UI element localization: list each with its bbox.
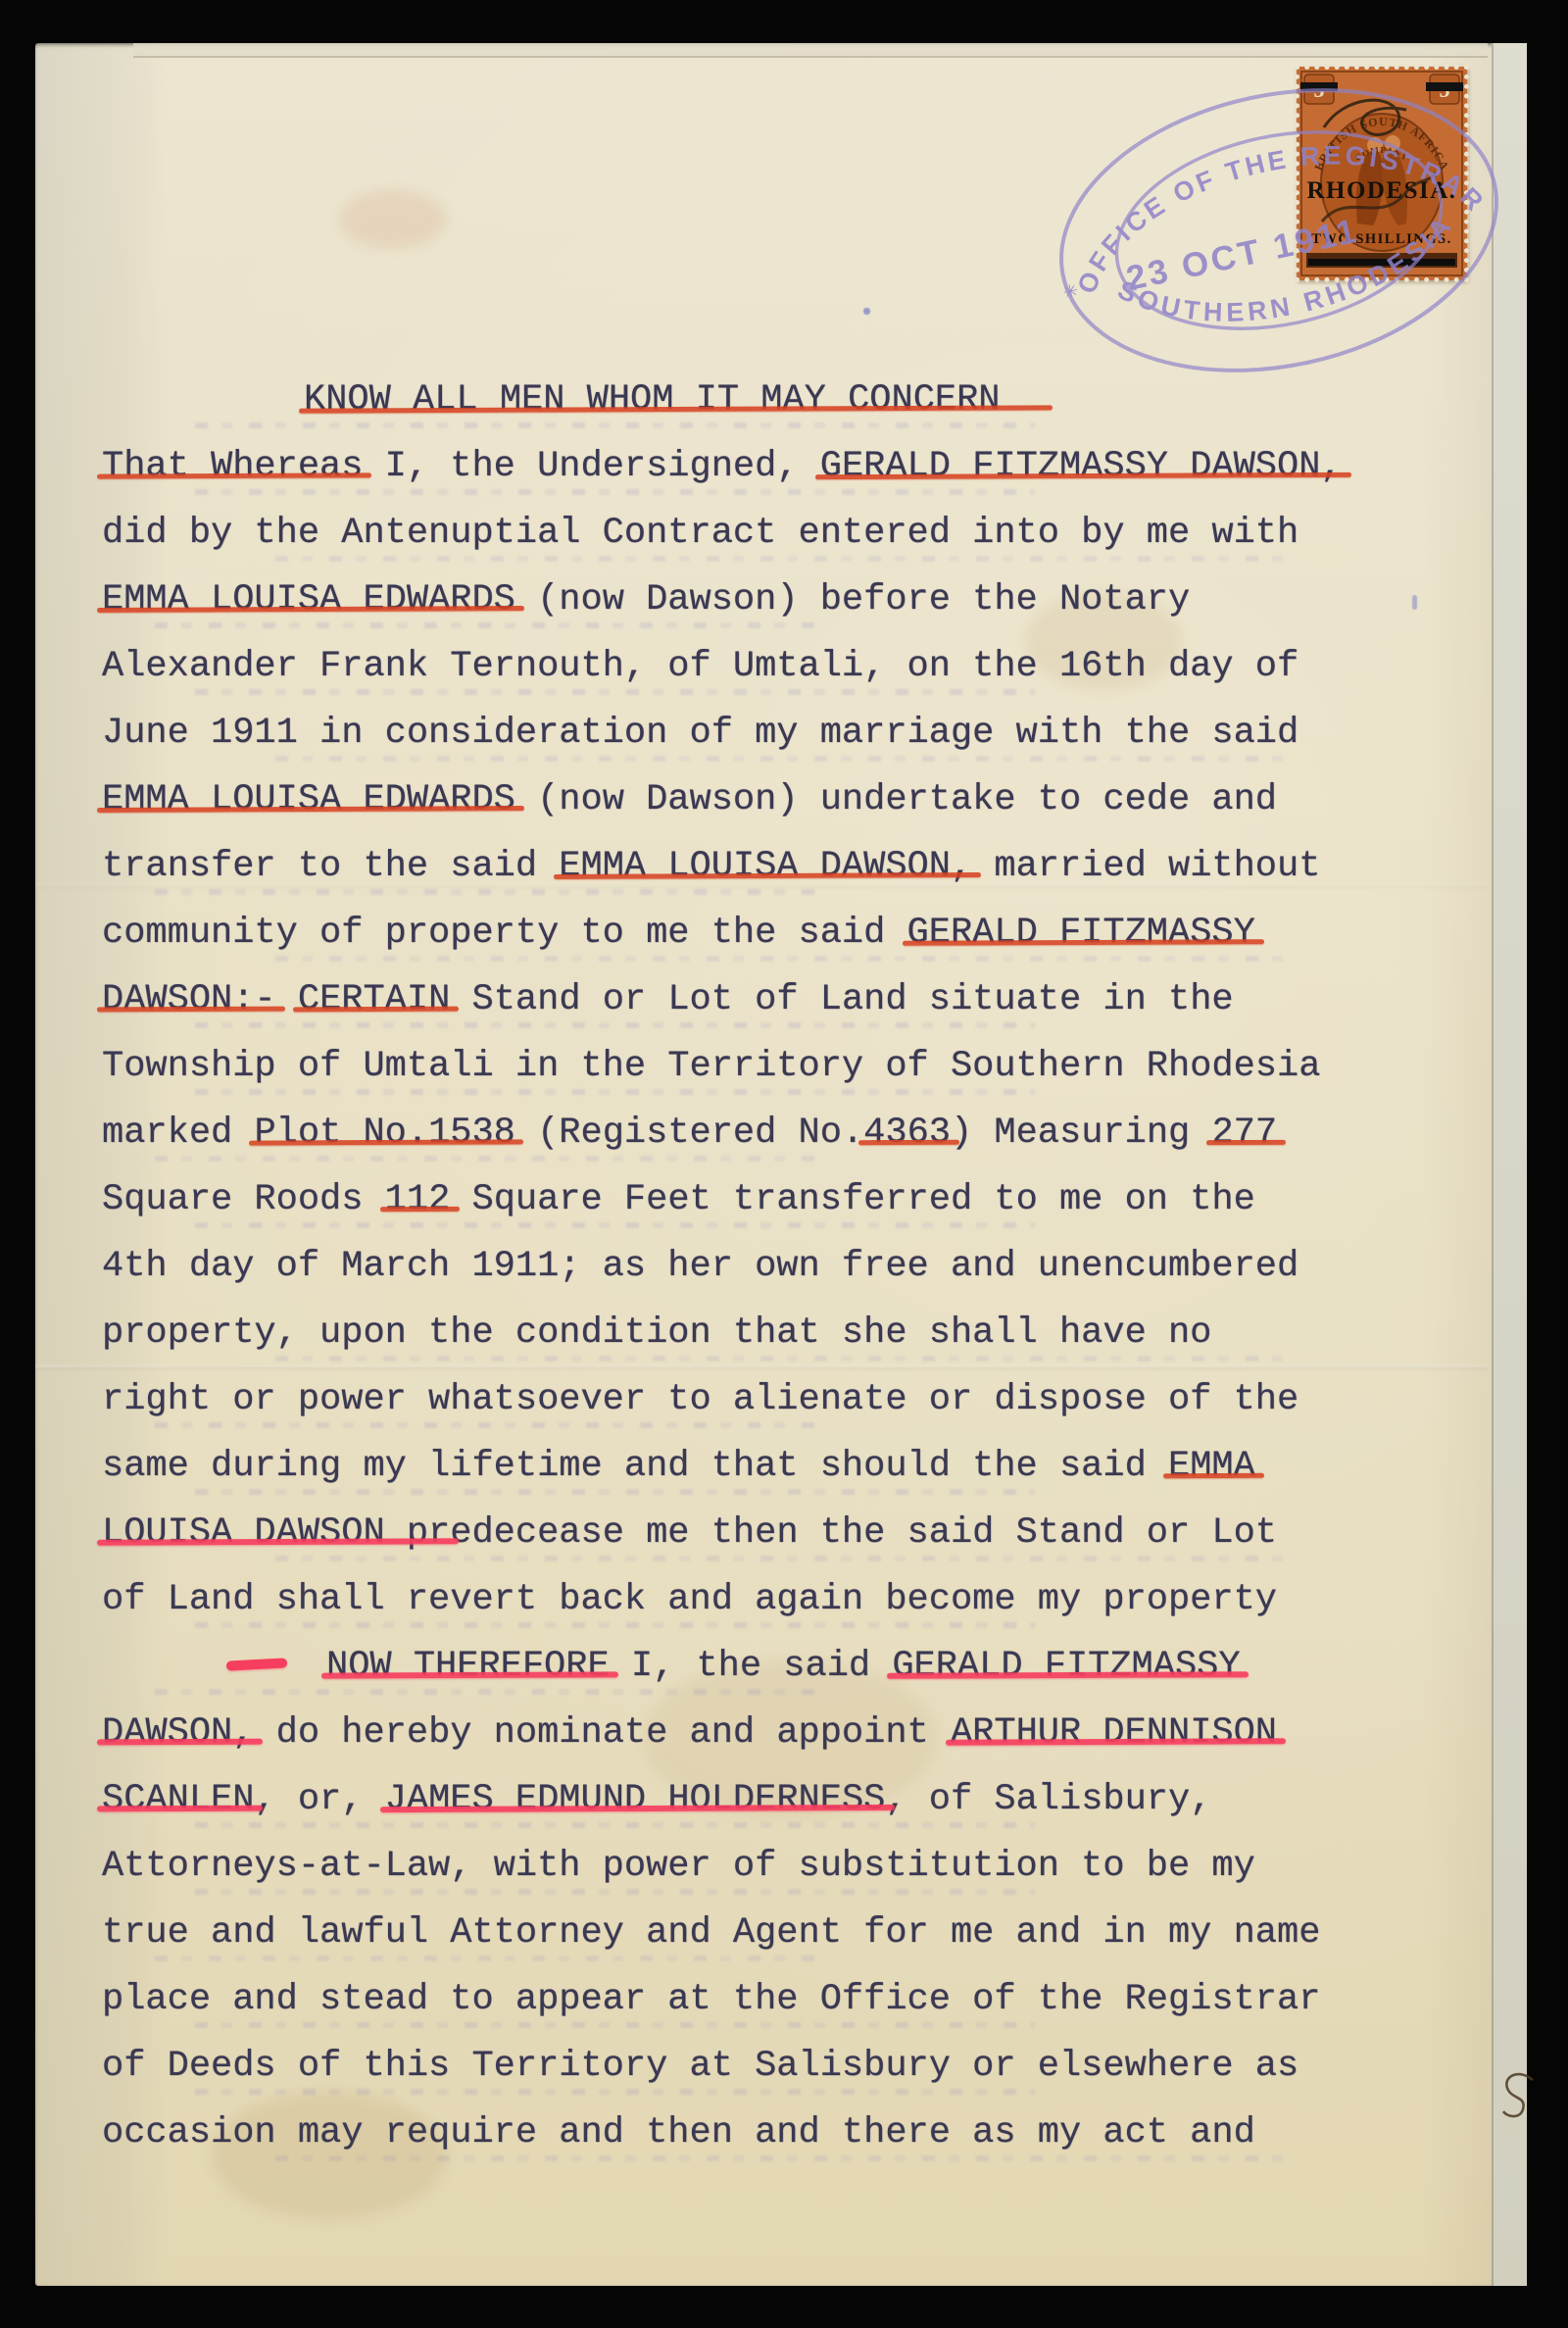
text-segment: transfer to the said	[102, 846, 559, 887]
underlined-text: EMMA LOUISA DAWSON,	[559, 846, 972, 887]
document-line: Attorneys-at-Law, with power of substitu…	[102, 1833, 1435, 1900]
text-segment: (Registered No.	[515, 1113, 863, 1154]
document-line: June 1911 in consideration of my marriag…	[102, 700, 1435, 767]
text-segment: did by the Antenuptial Contract entered …	[102, 513, 1298, 554]
underlined-text: DAWSON,	[102, 1712, 254, 1754]
text-segment: marked	[102, 1113, 254, 1154]
document-line: That Whereas I, the Undersigned, GERALD …	[102, 433, 1435, 500]
text-segment: 4th day of March 1911; as her own free a…	[102, 1246, 1298, 1287]
document-line: Square Roods 112 Square Feet transferred…	[102, 1166, 1435, 1233]
text-segment: married without	[972, 846, 1320, 887]
text-segment: community of property to me the said	[102, 913, 907, 954]
document-line: LOUISA DAWSON predecease me then the sai…	[102, 1500, 1435, 1566]
document-line: same during my lifetime and that should …	[102, 1433, 1435, 1500]
underlined-text: JAMES EDMUND HOLDERNESS	[385, 1779, 886, 1820]
text-segment: Square Roods	[102, 1179, 385, 1220]
text-segment: Alexander Frank Ternouth, of Umtali, on …	[102, 646, 1298, 687]
document-line: did by the Antenuptial Contract entered …	[102, 500, 1435, 567]
text-segment: edecease me then the said Stand or Lot	[450, 1512, 1277, 1554]
document-line: DAWSON, do hereby nominate and appoint A…	[102, 1700, 1435, 1766]
stamp-overprint-rhodesia: RHODESIA.	[1306, 177, 1456, 204]
underlined-text: EMMA LOUISA EDWARDS	[102, 579, 515, 620]
text-segment: same during my lifetime and that should …	[102, 1446, 1168, 1487]
underlined-text: EMMA	[1168, 1446, 1255, 1487]
ink-speck	[863, 308, 870, 315]
document-line: right or power whatsoever to alienate or…	[102, 1366, 1435, 1433]
document-line: KNOW ALL MEN WHOM IT MAY CONCERN	[102, 367, 1435, 433]
underlined-text: 4363	[863, 1113, 951, 1154]
text-segment: (now Dawson) undertake to cede and	[515, 779, 1277, 820]
stamp-overprint-value: TWO SHILLINGS.	[1311, 231, 1452, 247]
rhodesia-postage-stamp: 5 5 BRITISH SOUTH AFRICA COMPANY RHODESI…	[1297, 67, 1467, 280]
text-segment: occasion may require and then and there …	[102, 2112, 1255, 2154]
document-line: property, upon the condition that she sh…	[102, 1300, 1435, 1366]
underlined-text: GERALD FITZMASSY DAWSON,	[820, 446, 1343, 487]
document-line: SCANLEN, or, JAMES EDMUND HOLDERNESS, of…	[102, 1766, 1435, 1833]
underlined-text: CERTAIN	[298, 979, 450, 1020]
document-line: true and lawful Attorney and Agent for m…	[102, 1900, 1435, 1966]
text-segment: June 1911 in consideration of my marriag…	[102, 713, 1298, 754]
underlined-text: 112	[385, 1179, 451, 1220]
underlined-text: That Whereas	[102, 446, 363, 487]
text-segment: right or power whatsoever to alienate or…	[102, 1379, 1298, 1420]
document-line: of Deeds of this Territory at Salisbury …	[102, 2033, 1435, 2100]
handwritten-mark	[1494, 2066, 1539, 2125]
underlined-text: 277	[1211, 1113, 1277, 1154]
document-line: Alexander Frank Ternouth, of Umtali, on …	[102, 633, 1435, 700]
underlined-text: KNOW ALL MEN WHOM IT MAY CONCERN	[304, 379, 1044, 421]
underlined-text: GERALD FITZMASSY	[907, 913, 1255, 954]
underlined-text: DAWSON:-	[102, 979, 276, 1020]
underlined-text: ARTHUR DENNISON	[951, 1712, 1277, 1754]
text-segment: of Land shall revert back and again beco…	[102, 1579, 1277, 1620]
document-line: EMMA LOUISA EDWARDS (now Dawson) before …	[102, 567, 1435, 633]
red-dash-mark	[226, 1658, 287, 1670]
underlined-text: EMMA LOUISA EDWARDS	[102, 779, 515, 820]
text-segment: true and lawful Attorney and Agent for m…	[102, 1912, 1320, 1954]
paper-stain	[339, 190, 447, 249]
underlined-text: SCANLEN	[102, 1779, 254, 1820]
text-segment: I, the Undersigned,	[363, 446, 819, 487]
text-segment: do hereby nominate and appoint	[254, 1712, 951, 1754]
text-segment: , or,	[254, 1779, 384, 1820]
document-line: 4th day of March 1911; as her own free a…	[102, 1233, 1435, 1300]
paper-top-edge	[133, 43, 1488, 58]
document-text: KNOW ALL MEN WHOM IT MAY CONCERN That Wh…	[102, 367, 1435, 2166]
text-segment: , of Salisbury,	[885, 1779, 1211, 1820]
document-line: marked Plot No.1538 (Registered No.4363)…	[102, 1100, 1435, 1166]
text-segment: I, the said	[610, 1646, 893, 1687]
text-segment: ) Measuring	[951, 1113, 1211, 1154]
underlying-page-edge	[1492, 43, 1527, 2286]
text-segment: property, upon the condition that she sh…	[102, 1313, 1211, 1354]
underlined-text: GERALD FITZMASSY	[892, 1646, 1240, 1687]
text-segment: of Deeds of this Territory at Salisbury …	[102, 2046, 1298, 2087]
text-segment: Stand or Lot of Land situate in the	[450, 979, 1233, 1020]
underlined-text: NOW THEREFORE	[326, 1646, 610, 1687]
document-photo: KNOW ALL MEN WHOM IT MAY CONCERN That Wh…	[0, 0, 1568, 2328]
document-line: EMMA LOUISA EDWARDS (now Dawson) underta…	[102, 767, 1435, 833]
underlined-text: LOUISA DAWSON pr	[102, 1512, 450, 1554]
document-line: of Land shall revert back and again beco…	[102, 1566, 1435, 1633]
underlined-text: Plot No.1538	[254, 1113, 514, 1154]
text-segment: Square Feet transferred to me on the	[450, 1179, 1255, 1220]
document-line: community of property to me the said GER…	[102, 900, 1435, 966]
text-segment	[276, 979, 298, 1020]
postage-stamp-art: 5 5 BRITISH SOUTH AFRICA COMPANY RHODESI…	[1297, 67, 1467, 280]
text-segment: Township of Umtali in the Territory of S…	[102, 1046, 1320, 1087]
text-segment: (now Dawson) before the Notary	[515, 579, 1190, 620]
text-segment: place and stead to appear at the Office …	[102, 1979, 1320, 2020]
document-line: NOW THEREFORE I, the said GERALD FITZMAS…	[102, 1633, 1435, 1700]
text-segment: Attorneys-at-Law, with power of substitu…	[102, 1846, 1255, 1887]
document-line: occasion may require and then and there …	[102, 2100, 1435, 2166]
document-line: DAWSON:- CERTAIN Stand or Lot of Land si…	[102, 966, 1435, 1033]
document-line: transfer to the said EMMA LOUISA DAWSON,…	[102, 833, 1435, 900]
document-line: Township of Umtali in the Territory of S…	[102, 1033, 1435, 1100]
document-line: place and stead to appear at the Office …	[102, 1966, 1435, 2033]
